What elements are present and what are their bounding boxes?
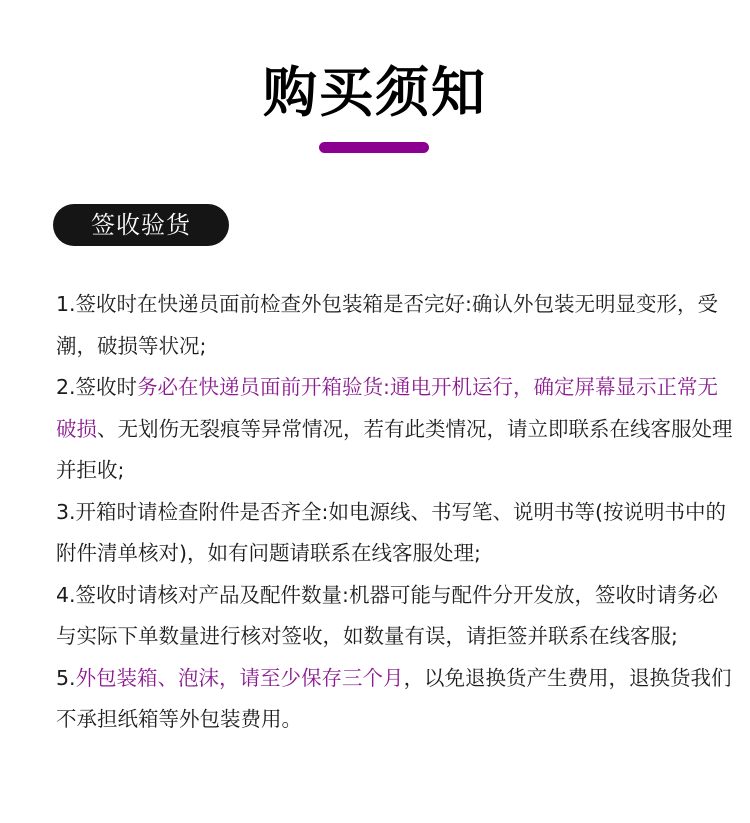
notice-item-2: 2.签收时务必在快递员面前开箱验货:通电开机运行，确定屏幕显示正常无破损、无划伤…: [56, 367, 736, 492]
notice-item-3: 3.开箱时请检查附件是否齐全:如电源线、书写笔、说明书等(按说明书中的附件清单核…: [56, 492, 736, 575]
page-title: 购买须知: [0, 58, 750, 128]
notice-item-4: 4.签收时请核对产品及配件数量:机器可能与配件分开发放，签收时请务必与实际下单数…: [56, 575, 736, 658]
notice-item-2-text-rest: 、无划伤无裂痕等异常情况，若有此类情况，请立即联系在线客服处理并拒收;: [56, 417, 733, 483]
notice-item-1-text: 1.签收时在快递员面前检查外包装箱是否完好:确认外包装无明显变形，受潮，破损等状…: [56, 292, 718, 358]
notice-list: 1.签收时在快递员面前检查外包装箱是否完好:确认外包装无明显变形，受潮，破损等状…: [56, 284, 736, 741]
title-underline-divider: [319, 142, 429, 153]
notice-item-5-text: 5.: [56, 666, 76, 690]
notice-item-5: 5.外包装箱、泡沫，请至少保存三个月，以免退换货产生费用，退换货我们不承担纸箱等…: [56, 658, 736, 741]
notice-item-4-text: 4.签收时请核对产品及配件数量:机器可能与配件分开发放，签收时请务必与实际下单数…: [56, 583, 718, 649]
notice-item-2-text: 2.签收时: [56, 375, 137, 399]
notice-item-3-text: 3.开箱时请检查附件是否齐全:如电源线、书写笔、说明书等(按说明书中的附件清单核…: [56, 500, 726, 566]
section-badge: 签收验货: [53, 204, 229, 246]
notice-item-5-highlight: 外包装箱、泡沫，请至少保存三个月: [76, 666, 404, 690]
notice-item-1: 1.签收时在快递员面前检查外包装箱是否完好:确认外包装无明显变形，受潮，破损等状…: [56, 284, 736, 367]
